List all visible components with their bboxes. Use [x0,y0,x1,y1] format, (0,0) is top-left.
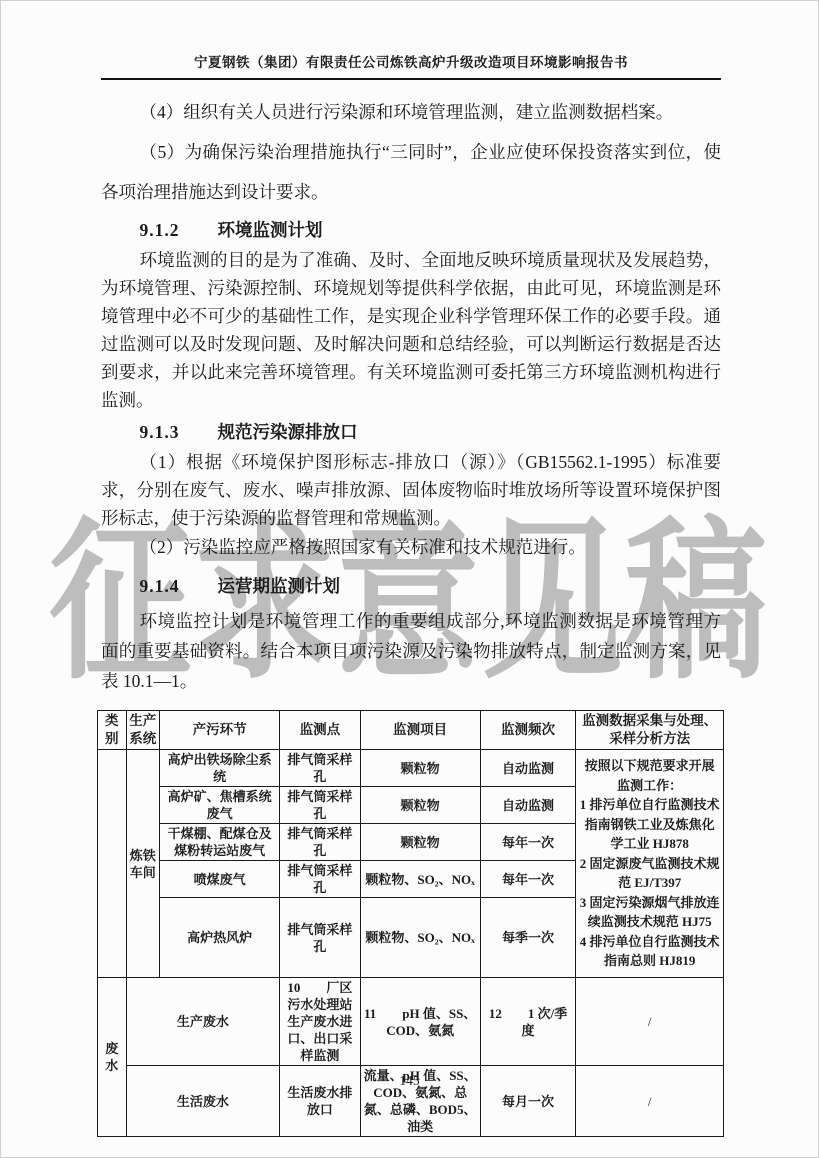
section-title: 环境监测计划 [218,220,323,240]
cell-item: 颗粒物 [360,824,480,861]
cell-item: 颗粒物 [360,787,480,824]
report-header-title: 宁夏钢铁（集团）有限责任公司炼铁高炉升级改造项目环境影响报告书 [101,51,721,80]
cell-system: 炼铁车间 [126,750,160,978]
header-system: 生产系统 [126,711,160,750]
header-item: 监测项目 [360,711,480,750]
cell-point: 排气筒采样孔 [280,898,360,978]
header-point: 监测点 [280,711,360,750]
header-frequency: 监测频次 [480,711,576,750]
header-method: 监测数据采集与处理、采样分析方法 [576,711,724,750]
cell-point: 排气筒采样孔 [280,824,360,861]
cell-item: 颗粒物、SO₂、NOₓ [360,861,480,898]
section-heading-914: 9.1.4运营期监测计划 [101,572,721,600]
cell-point: 排气筒采样孔 [280,787,360,824]
paragraph-914: 环境监控计划是环境管理工作的重要组成部分,环境监测数据是环境管理方面的重要基础资… [101,606,721,696]
paragraph-item-4: （4）组织有关人员进行污染源和环境管理监测，建立监测数据档案。 [101,92,721,132]
header-category: 类别 [98,711,127,750]
cell-point: 10 厂区污水处理站生产废水进口、出口采样监测 [280,978,360,1066]
cell-category-gas [98,750,127,978]
cell-point: 排气筒采样孔 [280,861,360,898]
cell-process: 生产废水 [126,978,280,1066]
cell-method: / [576,978,724,1066]
cell-item: 11 pH 值、SS、COD、氨氮 [360,978,480,1066]
cell-item: 颗粒物、SO₂、NOₓ [360,898,480,978]
table-header-row: 类别 生产系统 产污环节 监测点 监测项目 监测频次 监测数据采集与处理、采样分… [98,711,724,750]
cell-process: 喷煤废气 [160,861,280,898]
cell-frequency: 每年一次 [480,861,576,898]
cell-process: 高炉出铁场除尘系统 [160,750,280,787]
section-title: 运营期监测计划 [218,576,341,596]
header-process: 产污环节 [160,711,280,750]
section-number: 9.1.2 [140,220,180,240]
cell-frequency: 每年一次 [480,824,576,861]
cell-point: 排气筒采样孔 [280,750,360,787]
page-content: 宁夏钢铁（集团）有限责任公司炼铁高炉升级改造项目环境影响报告书 （4）组织有关人… [1,51,818,1137]
section-heading-912: 9.1.2环境监测计划 [101,216,721,244]
table-row: 炼铁车间 高炉出铁场除尘系统 排气筒采样孔 颗粒物 自动监测 按照以下规范要求开… [98,750,724,787]
cell-frequency: 每季一次 [480,898,576,978]
section-heading-913: 9.1.3规范污染源排放口 [101,418,721,446]
cell-item: 颗粒物 [360,750,480,787]
section-title: 规范污染源排放口 [218,422,358,442]
paragraph-item-5: （5）为确保污染治理措施执行“三同时”，企业应使环保投资落实到位，使各项治理措施… [101,132,721,212]
paragraph-912: 环境监测的目的是为了准确、及时、全面地反映环境质量现状及发展趋势，为环境管理、污… [101,246,721,414]
cell-frequency: 自动监测 [480,750,576,787]
page-number: 145 [1,1073,818,1089]
section-number: 9.1.3 [140,422,180,442]
cell-category-water: 废水 [98,978,127,1137]
cell-process: 干煤棚、配煤仓及煤粉转运站废气 [160,824,280,861]
document-page: 征求意见稿 宁夏钢铁（集团）有限责任公司炼铁高炉升级改造项目环境影响报告书 （4… [0,0,819,1158]
cell-process: 高炉矿、焦槽系统废气 [160,787,280,824]
cell-method-merged: 按照以下规范要求开展监测工作： 1 排污单位自行监测技术指南钢铁工业及炼焦化学工… [576,750,724,978]
section-number: 9.1.4 [140,576,180,596]
cell-process: 高炉热风炉 [160,898,280,978]
cell-frequency: 自动监测 [480,787,576,824]
cell-frequency: 12 1 次/季度 [480,978,576,1066]
paragraph-913-2: （2）污染监控应严格按照国家有关标准和技术规范进行。 [101,532,721,562]
paragraph-913-1: （1）根据《环境保护图形标志-排放口（源）》（GB15562.1-1995）标准… [101,448,721,532]
table-row: 废水 生产废水 10 厂区污水处理站生产废水进口、出口采样监测 11 pH 值、… [98,978,724,1066]
